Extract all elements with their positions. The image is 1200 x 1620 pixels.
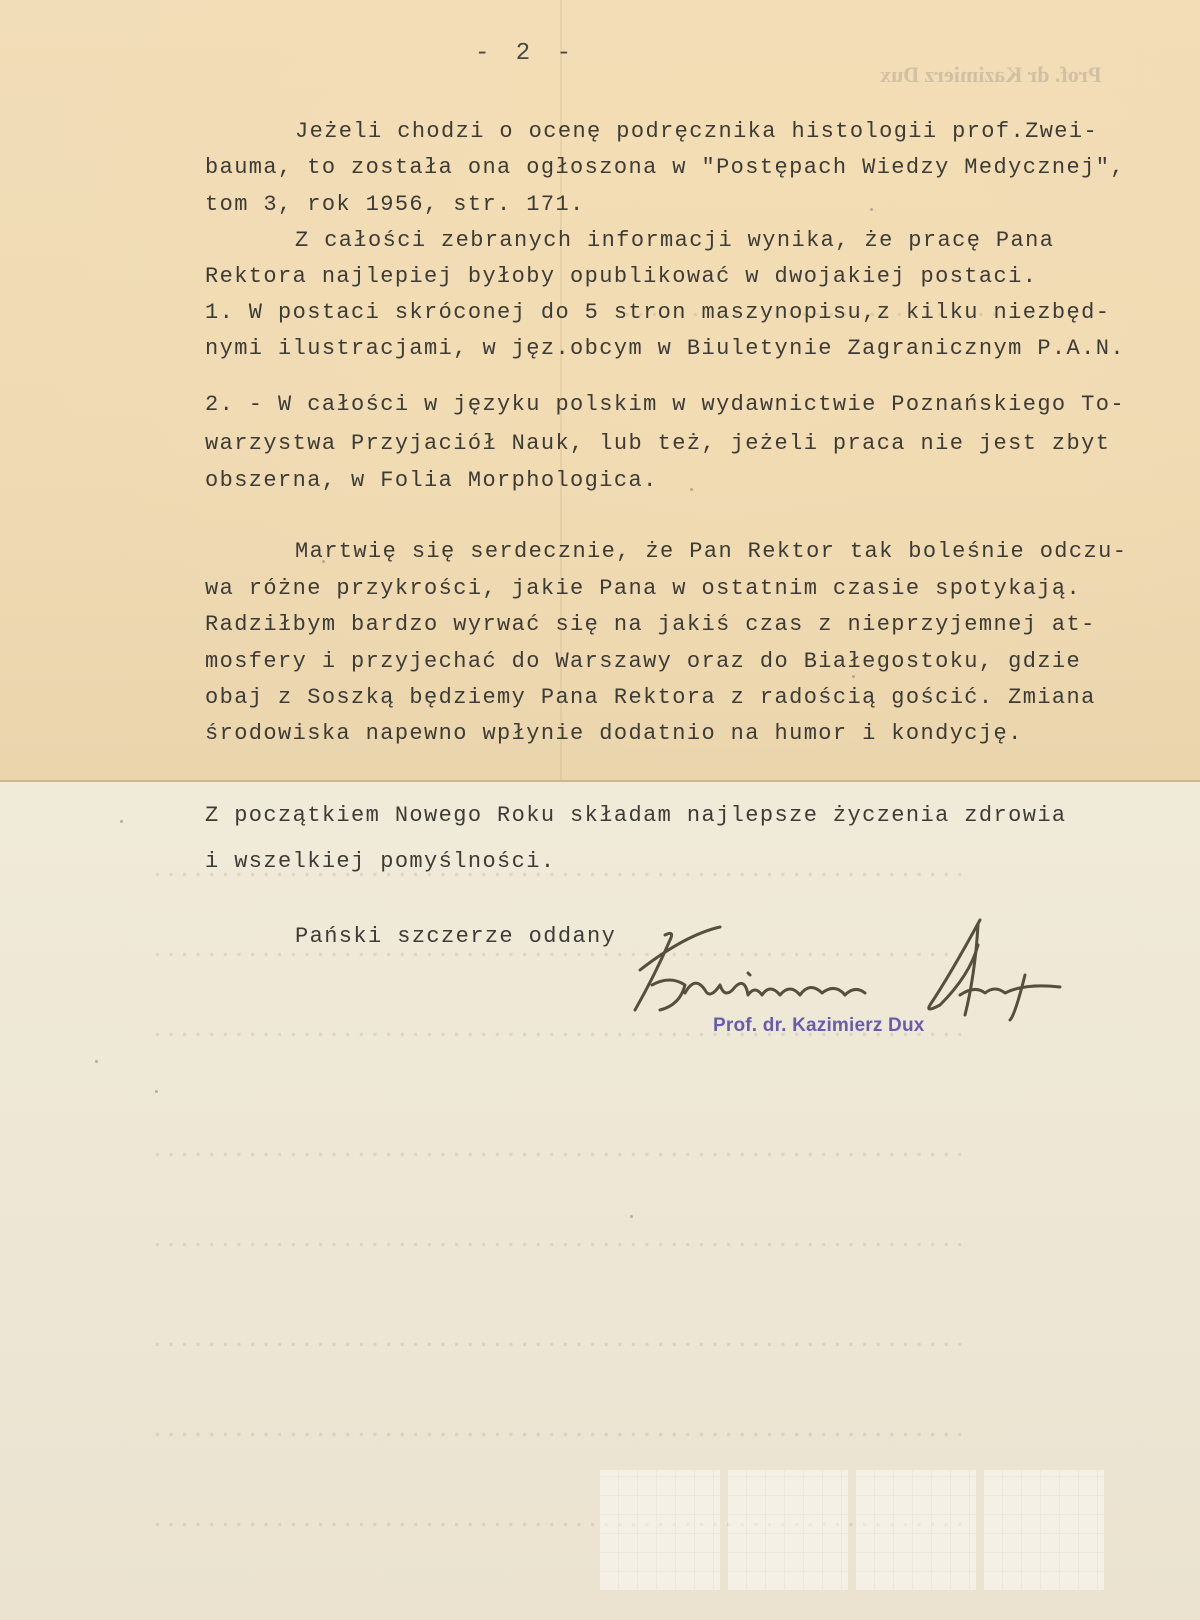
watermark-block xyxy=(600,1470,720,1590)
watermark-block xyxy=(856,1470,976,1590)
text-line: tom 3, rok 1956, str. 171. xyxy=(205,194,585,216)
paper-speck xyxy=(120,820,123,823)
text-line: Rektora najlepiej byłoby opublikować w d… xyxy=(205,266,1037,288)
paper-speck xyxy=(870,208,873,211)
archive-watermark-logo xyxy=(600,1470,1104,1590)
text-line: obszerna, w Folia Morphologica. xyxy=(205,470,658,492)
text-line: Jeżeli chodzi o ocenę podręcznika histol… xyxy=(295,121,1098,143)
paper-speck xyxy=(155,1090,158,1093)
text-line: i wszelkiej pomyślności. xyxy=(205,851,555,873)
bleed-through-text: ........................................… xyxy=(150,1420,966,1443)
paper-speck xyxy=(322,560,325,563)
text-line: Z początkiem Nowego Roku składam najleps… xyxy=(205,805,1067,827)
watermark-block xyxy=(728,1470,848,1590)
text-line: wa różne przykrości, jakie Pana w ostatn… xyxy=(205,578,1081,600)
paper-speck xyxy=(630,1215,633,1218)
bleed-through-text: ........................................… xyxy=(150,1230,966,1253)
text-line: bauma, to została ona ogłoszona w "Postę… xyxy=(205,157,1125,179)
text-line: Z całości zebranych informacji wynika, ż… xyxy=(295,230,1054,252)
author-stamp: Prof. dr. Kazimierz Dux xyxy=(713,1015,925,1037)
bleed-through-text: ........................................… xyxy=(150,1140,966,1163)
text-line: Martwię się serdecznie, że Pan Rektor ta… xyxy=(295,541,1127,563)
document-page: Prof. dr Kazimierz Dux .................… xyxy=(0,0,1200,1620)
text-line: środowiska napewno wpłynie dodatnio na h… xyxy=(205,723,1023,745)
paper-speck xyxy=(852,675,855,678)
paper-speck xyxy=(95,1060,98,1063)
closing-salutation: Pański szczerze oddany xyxy=(295,926,616,948)
text-line: 1. W postaci skróconej do 5 stron maszyn… xyxy=(205,302,1110,324)
handwritten-signature xyxy=(630,915,1090,1025)
text-line: obaj z Soszką będziemy Pana Rektora z ra… xyxy=(205,687,1096,709)
bleed-through-text: ........................................… xyxy=(150,1330,966,1353)
bleed-through-header: Prof. dr Kazimierz Dux xyxy=(880,62,1102,88)
text-line: mosfery i przyjechać do Warszawy oraz do… xyxy=(205,651,1081,673)
paper-speck xyxy=(690,488,693,491)
watermark-block xyxy=(984,1470,1104,1590)
text-line: Radziłbym bardzo wyrwać się na jakiś cza… xyxy=(205,614,1096,636)
text-line: warzystwa Przyjaciół Nauk, lub też, jeże… xyxy=(205,433,1110,455)
text-line: nymi ilustracjami, w jęz.obcym w Biulety… xyxy=(205,338,1125,360)
page-number: - 2 - xyxy=(475,42,577,66)
text-line: 2. - W całości w języku polskim w wydawn… xyxy=(205,394,1125,416)
